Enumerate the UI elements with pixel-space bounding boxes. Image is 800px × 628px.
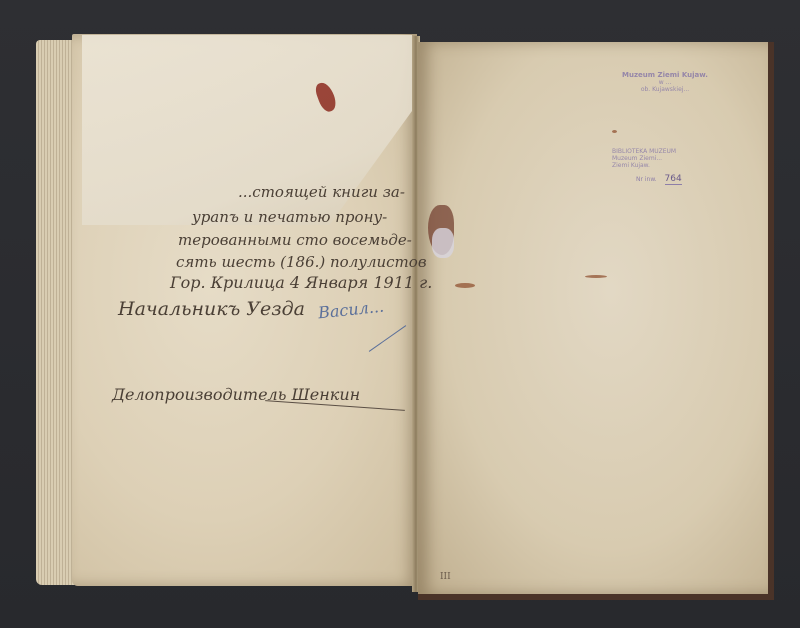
handwriting-title: Начальникъ Уезда	[118, 298, 305, 320]
museum-stamp: Muzeum Ziemi Kujaw. w ... ob. Kujawskiej…	[620, 72, 710, 93]
stain	[585, 275, 607, 278]
handwriting-line-4: сять шесть (186.) полулистов	[176, 253, 427, 271]
page-mark: III	[440, 572, 451, 582]
handwriting-line-2: урапъ и печатью прону-	[192, 208, 387, 226]
handwriting-date-line: Гор. Крилица 4 Января 1911 г.	[170, 273, 432, 292]
handwriting-line-3: терованными сто восемьде-	[178, 231, 412, 249]
inventory-number: Nr inw. 764	[636, 174, 682, 184]
library-stamp: BIBLIOTEKA MUZEUM Muzeum Ziemi... Ziemi …	[612, 148, 692, 169]
seal-paper	[432, 228, 454, 258]
handwriting-line-1: ...стоящей книги за-	[238, 183, 405, 201]
right-page	[418, 42, 774, 600]
stain	[455, 283, 475, 288]
stain	[612, 130, 617, 133]
handwriting-clerk: Делопроизводитель Шенкин	[112, 385, 360, 404]
